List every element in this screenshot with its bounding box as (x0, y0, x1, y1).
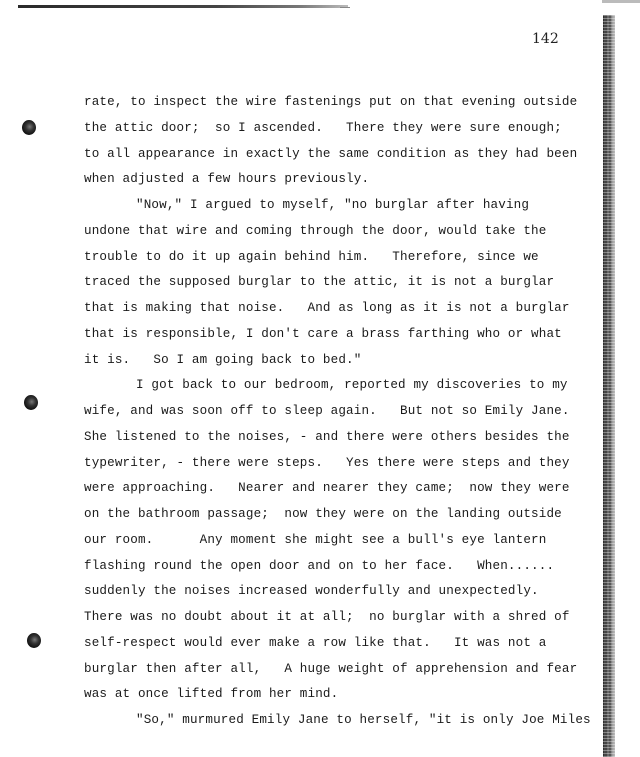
text-line: "So," murmured Emily Jane to herself, "i… (84, 710, 584, 736)
scanned-top-edge-tail (340, 7, 350, 8)
text-line: rate, to inspect the wire fastenings put… (84, 92, 584, 118)
text-line: that is responsible, I don't care a bras… (84, 324, 584, 350)
scanned-top-edge (18, 5, 348, 8)
text-line: I got back to our bedroom, reported my d… (84, 375, 584, 401)
text-line: suddenly the noises increased wonderfull… (84, 581, 584, 607)
text-line: on the bathroom passage; now they were o… (84, 504, 584, 530)
scanned-corner-mark (602, 0, 640, 3)
text-line: burglar then after all, A huge weight of… (84, 659, 584, 685)
text-line: to all appearance in exactly the same co… (84, 144, 584, 170)
text-line: self-respect would ever make a row like … (84, 633, 584, 659)
text-line: trouble to do it up again behind him. Th… (84, 247, 584, 273)
page-number: 142 (532, 31, 559, 47)
text-line: our room. Any moment she might see a bul… (84, 530, 584, 556)
text-line: were approaching. Nearer and nearer they… (84, 478, 584, 504)
text-line: undone that wire and coming through the … (84, 221, 584, 247)
text-line: when adjusted a few hours previously. (84, 169, 584, 195)
text-line: flashing round the open door and on to h… (84, 556, 584, 582)
text-line: wife, and was soon off to sleep again. B… (84, 401, 584, 427)
text-line: typewriter, - there were steps. Yes ther… (84, 453, 584, 479)
typewritten-body: rate, to inspect the wire fastenings put… (84, 92, 584, 736)
text-line: it is. So I am going back to bed." (84, 350, 584, 376)
text-line: "Now," I argued to myself, "no burglar a… (84, 195, 584, 221)
binding-edge (603, 15, 615, 757)
text-line: She listened to the noises, - and there … (84, 427, 584, 453)
text-line: There was no doubt about it at all; no b… (84, 607, 584, 633)
punch-hole-icon (24, 395, 38, 410)
text-line: that is making that noise. And as long a… (84, 298, 584, 324)
text-line: the attic door; so I ascended. There the… (84, 118, 584, 144)
text-line: traced the supposed burglar to the attic… (84, 272, 584, 298)
punch-hole-icon (22, 120, 36, 135)
text-line: was at once lifted from her mind. (84, 684, 584, 710)
punch-hole-icon (27, 633, 41, 648)
